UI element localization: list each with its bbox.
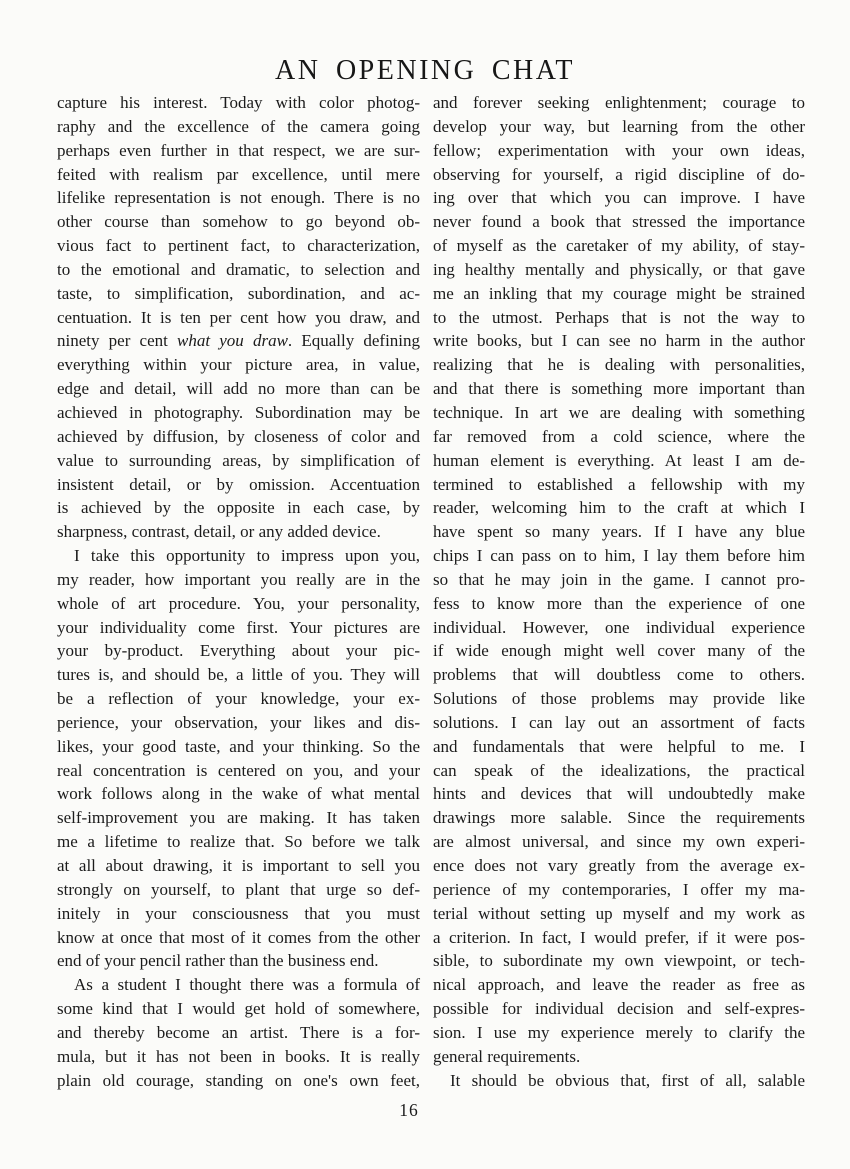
text-line: whole of art procedure. You, your person… xyxy=(57,592,420,616)
text-line: work follows along in the wake of what m… xyxy=(57,782,420,806)
text-line: are almost universal, and since my own e… xyxy=(433,830,805,854)
text-line: some kind that I would get hold of somew… xyxy=(57,997,420,1021)
text-line: problems that will doubtless come to oth… xyxy=(433,663,805,687)
text-line: me an inkling that my courage might be s… xyxy=(433,282,805,306)
text-line: can speak of the idealizations, the prac… xyxy=(433,759,805,783)
text-line: perience of my contemporaries, I offer m… xyxy=(433,878,805,902)
text-line: initely in your consciousness that you m… xyxy=(57,902,420,926)
text-line: value to surrounding areas, by simplific… xyxy=(57,449,420,473)
text-line: possible for individual decision and sel… xyxy=(433,997,805,1021)
text-line: your by-product. Everything about your p… xyxy=(57,639,420,663)
text-line: my reader, how important you really are … xyxy=(57,568,420,592)
text-line: ing over that which you can improve. I h… xyxy=(433,186,805,210)
text-line: and fundamentals that were helpful to me… xyxy=(433,735,805,759)
text-line: mula, but it has not been in books. It i… xyxy=(57,1045,420,1069)
text-line: is achieved by the opposite in each case… xyxy=(57,496,420,520)
text-line: so that he may join in the game. I canno… xyxy=(433,568,805,592)
text-line: know at once that most of it comes from … xyxy=(57,926,420,950)
left-column: capture his interest. Today with color p… xyxy=(57,91,420,1092)
text-line: a criterion. In fact, I would prefer, if… xyxy=(433,926,805,950)
text-line: human element is everything. At least I … xyxy=(433,449,805,473)
text-line: and thereby become an artist. There is a… xyxy=(57,1021,420,1045)
text-line: termined to established a fellowship wit… xyxy=(433,473,805,497)
text-line: reader, welcoming him to the craft at wh… xyxy=(433,496,805,520)
text-line: capture his interest. Today with color p… xyxy=(57,91,420,115)
text-line: lifelike representation is not enough. T… xyxy=(57,186,420,210)
text-line: perhaps even further in that respect, we… xyxy=(57,139,420,163)
text-line: taste, to simplification, subordination,… xyxy=(57,282,420,306)
text-line: sion. I use my experience merely to clar… xyxy=(433,1021,805,1045)
text-line: vious fact to pertinent fact, to charact… xyxy=(57,234,420,258)
text-line: terial without setting up myself and my … xyxy=(433,902,805,926)
text-line: other course than somehow to go beyond o… xyxy=(57,210,420,234)
text-line: raphy and the excellence of the camera g… xyxy=(57,115,420,139)
text-line: me a lifetime to realize that. So before… xyxy=(57,830,420,854)
text-line: It should be obvious that, first of all,… xyxy=(433,1069,805,1093)
text-line: nical approach, and leave the reader as … xyxy=(433,973,805,997)
text-line: and forever seeking enlightenment; coura… xyxy=(433,91,805,115)
text-line: As a student I thought there was a formu… xyxy=(57,973,420,997)
text-line: achieved by diffusion, by closeness of c… xyxy=(57,425,420,449)
text-line: end of your pencil rather than the busin… xyxy=(57,949,420,973)
text-line: develop your way, but learning from the … xyxy=(433,115,805,139)
text-line: ing healthy mentally and physically, or … xyxy=(433,258,805,282)
text-line: solutions. I can lay out an assortment o… xyxy=(433,711,805,735)
text-line: plain old courage, standing on one's own… xyxy=(57,1069,420,1093)
text-line: at all about drawing, it is important to… xyxy=(57,854,420,878)
text-columns: capture his interest. Today with color p… xyxy=(57,91,805,1092)
text-line: ninety per cent what you draw. Equally d… xyxy=(57,329,420,353)
text-line: perience, your observation, your likes a… xyxy=(57,711,420,735)
text-line: sharpness, contrast, detail, or any adde… xyxy=(57,520,420,544)
page-number: 16 xyxy=(0,1100,818,1121)
text-line: to the utmost. Perhaps that is not the w… xyxy=(433,306,805,330)
text-line: write books, but I can see no harm in th… xyxy=(433,329,805,353)
text-line: insistent detail, or by omission. Accent… xyxy=(57,473,420,497)
text-line: be a reflection of your knowledge, your … xyxy=(57,687,420,711)
text-line: technique. In art we are dealing with so… xyxy=(433,401,805,425)
text-line: and that there is something more importa… xyxy=(433,377,805,401)
book-page: AN OPENING CHAT capture his interest. To… xyxy=(0,0,850,1169)
text-line: observing for yourself, a rigid discipli… xyxy=(433,163,805,187)
text-line: to the emotional and dramatic, to select… xyxy=(57,258,420,282)
text-line: far removed from a cold science, where t… xyxy=(433,425,805,449)
text-line: achieved in photography. Subordination m… xyxy=(57,401,420,425)
text-line: your individuality come first. Your pict… xyxy=(57,616,420,640)
text-line: fellow; experimentation with your own id… xyxy=(433,139,805,163)
text-line: drawings more salable. Since the require… xyxy=(433,806,805,830)
text-line: fess to know more than the experience of… xyxy=(433,592,805,616)
text-line: of myself as the caretaker of my ability… xyxy=(433,234,805,258)
text-line: hints and devices that will undoubtedly … xyxy=(433,782,805,806)
text-line: Solutions of those problems may provide … xyxy=(433,687,805,711)
text-line: chips I can pass on to him, I lay them b… xyxy=(433,544,805,568)
text-line: individual. However, one individual expe… xyxy=(433,616,805,640)
text-line: realizing that he is dealing with person… xyxy=(433,353,805,377)
text-line: tures is, and should be, a little of you… xyxy=(57,663,420,687)
right-column: and forever seeking enlightenment; coura… xyxy=(433,91,805,1092)
italic-text: what you draw xyxy=(177,331,288,350)
text-line: ence does not vary greatly from the aver… xyxy=(433,854,805,878)
text-line: if wide enough might well cover many of … xyxy=(433,639,805,663)
text-line: I take this opportunity to impress upon … xyxy=(57,544,420,568)
text-line: feited with realism par excellence, unti… xyxy=(57,163,420,187)
text-line: centuation. It is ten per cent how you d… xyxy=(57,306,420,330)
text-line: real concentration is centered on you, a… xyxy=(57,759,420,783)
text-line: likes, your good taste, and your thinkin… xyxy=(57,735,420,759)
text-line: everything within your picture area, in … xyxy=(57,353,420,377)
page-title: AN OPENING CHAT xyxy=(0,55,850,87)
text-line: edge and detail, will add no more than c… xyxy=(57,377,420,401)
text-line: never found a book that stressed the imp… xyxy=(433,210,805,234)
text-line: general requirements. xyxy=(433,1045,805,1069)
text-line: have spent so many years. If I have any … xyxy=(433,520,805,544)
text-line: sible, to subordinate my own viewpoint, … xyxy=(433,949,805,973)
text-line: self-improvement you are making. It has … xyxy=(57,806,420,830)
text-line: strongly on yourself, to plant that urge… xyxy=(57,878,420,902)
